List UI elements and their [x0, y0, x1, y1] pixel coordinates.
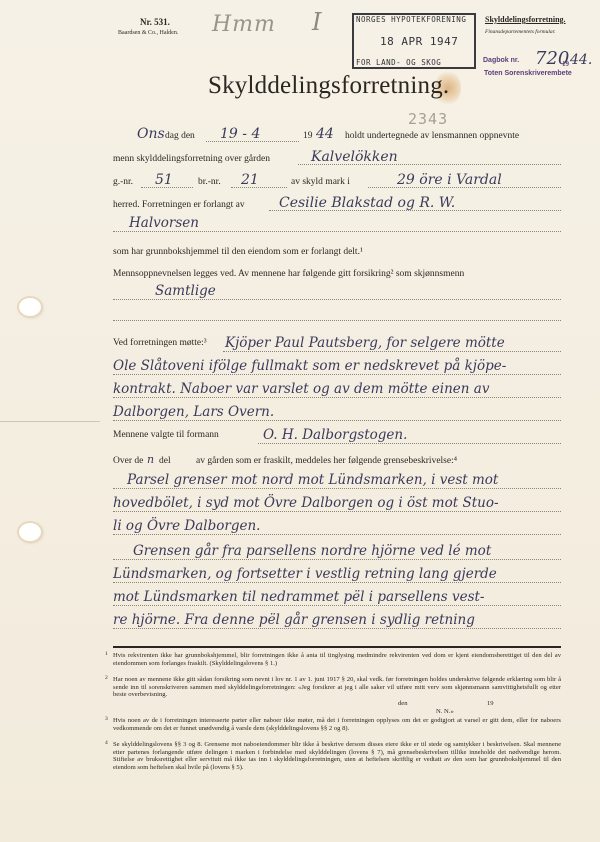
chairman-label: Mennene valgte til formann: [113, 427, 219, 443]
chairman-value: O. H. Dalborgstogen.: [263, 427, 407, 443]
dotline: [113, 628, 561, 629]
boundary-line-3: li og Övre Dalborgen.: [113, 513, 561, 537]
page-title: Skylddelingsforretning.: [208, 72, 449, 100]
attendance-text-4: Dalborgen, Lars Overn.: [113, 404, 274, 420]
dotline: [223, 351, 561, 352]
dotline: [113, 299, 561, 300]
boundary-text-5: Lündsmarken, og fortsetter i vestlig ret…: [113, 566, 497, 582]
footnote-text: Hvis rekvirenten ikke har grunnbokshjemm…: [113, 652, 561, 667]
form-line-hjemmel: som har grunnbokshjemmel til den eiendom…: [113, 240, 561, 260]
attendance-line-4: Dalborgen, Lars Overn.: [113, 399, 561, 423]
requester-label: herred. Forretningen er forlangt av: [113, 200, 245, 210]
fold-crease: [0, 421, 100, 422]
boundary-text-2: hovedbölet, i syd mot Övre Dalborgen og …: [113, 495, 499, 511]
dotline: [113, 488, 561, 489]
stamp-top-text: NORGES HYPOTEKFORENING: [356, 15, 466, 24]
gnr-value: 51: [155, 172, 173, 188]
line1-text: holdt undertegnede av lensmannen oppnevn…: [345, 131, 519, 141]
footnote-text: Se skylddelingslovens §§ 3 og 8. Grensen…: [113, 741, 561, 771]
boundary-text-6: mot Lündsmarken til nedrammet pël i pars…: [113, 589, 485, 605]
footnote-2-signature: N. N.»: [436, 708, 454, 715]
footnote-number: 1: [105, 651, 108, 659]
stamp-bottom-text: FOR LAND- OG SKOG: [356, 58, 441, 67]
attendance-text-2: Ole Slåtoveni ifölge fullmakt som er ned…: [113, 358, 506, 374]
boundary-label-post: av gården som er fraskilt, meddeles her …: [196, 456, 457, 466]
bnr-label: br.-nr.: [198, 177, 221, 187]
skyld-label: av skyld mark i: [291, 177, 350, 187]
form-title-small: Skylddelingsforretning.: [485, 15, 566, 24]
office-stamp: Toten Sorenskriverembete: [484, 70, 572, 77]
boundary-label-line: Over de n del av gården som er fraskilt,…: [113, 449, 561, 469]
boundary-label-del: del: [159, 456, 171, 466]
requester-continuation-line: Halvorsen: [113, 210, 561, 234]
printer-number: Nr. 531.: [140, 17, 170, 27]
form-line-date: Ons dag den 19 - 4 19 44 holdt undertegn…: [113, 124, 561, 144]
chairman-line: Mennene valgte til formann O. H. Dalborg…: [113, 422, 561, 446]
dotline: [113, 534, 561, 535]
boundary-line-1: Parsel grenser mot nord mot Lündsmarken,…: [113, 467, 561, 491]
punch-hole-bottom: [19, 523, 41, 541]
footnote-3: 3 Hvis noen av de i forretningen interes…: [113, 717, 561, 732]
farm-value: Kalvelökken: [311, 149, 398, 165]
dagbok-year: 44.: [570, 52, 592, 68]
footnote-divider: [113, 646, 561, 648]
farm-label: menn skylddelingsforretning over gården: [113, 154, 270, 164]
year-value: 44: [316, 126, 334, 142]
stamp-date: 18 APR 1947: [380, 35, 458, 48]
boundary-text-4: Grensen går fra parsellens nordre hjörne…: [133, 543, 491, 559]
date-value: 19 - 4: [220, 126, 260, 142]
dotline: [113, 511, 561, 512]
boundary-line-2: hovedbölet, i syd mot Övre Dalborgen og …: [113, 490, 561, 514]
gnr-label: g.-nr.: [113, 177, 133, 187]
bnr-value: 21: [241, 172, 259, 188]
skjonnsmenn-value: Samtlige: [155, 283, 216, 299]
boundary-text-1: Parsel grenser mot nord mot Lündsmarken,…: [127, 472, 498, 488]
attendance-text-3: kontrakt. Naboer var varslet og av dem m…: [113, 381, 489, 397]
boundary-line-5: Lündsmarken, og fortsetter i vestlig ret…: [113, 561, 561, 585]
year-prefix: 19: [303, 131, 313, 141]
boundary-line-7: re hjörne. Fra denne pël går grensen i s…: [113, 607, 561, 631]
footnote-1: 1 Hvis rekvirenten ikke har grunnbokshje…: [113, 652, 561, 667]
boundary-text-3: li og Övre Dalborgen.: [113, 518, 260, 534]
requester-value: Cesilie Blakstad og R. W.: [279, 195, 455, 211]
blank-dotline: [113, 320, 561, 321]
form-line-farm: menn skylddelingsforretning over gården …: [113, 147, 561, 167]
bnr-dotline: [231, 187, 287, 188]
footnote-4: 4 Se skylddelingslovens §§ 3 og 8. Grens…: [113, 741, 561, 771]
footnote-text: Hvis noen av de i forretningen interesse…: [113, 717, 561, 732]
dotline: [113, 397, 561, 398]
attendance-line-2: Ole Slåtoveni ifölge fullmakt som er ned…: [113, 353, 561, 377]
dotline: [113, 605, 561, 606]
dotline: [113, 231, 561, 232]
footnote-number: 4: [105, 740, 108, 748]
attendance-line-1: Ved forretningen møtte:³ Kjöper Paul Pau…: [113, 330, 561, 354]
weekday-value: Ons: [137, 126, 165, 142]
boundary-label-pre: Over de: [113, 456, 143, 466]
punch-hole-top: [19, 298, 41, 316]
skjonnsmenn-line: Samtlige: [113, 278, 561, 302]
dotline: [113, 582, 561, 583]
document-page: Nr. 531. Baardsen & Co., Halden. Hmm I N…: [0, 0, 600, 842]
boundary-line-6: mot Lündsmarken til nedrammet pël i pars…: [113, 584, 561, 608]
form-line-gnr: g.-nr. 51 br.-nr. 21 av skyld mark i 29 …: [113, 170, 561, 190]
skyld-value: 29 öre i Vardal: [397, 172, 502, 188]
boundary-handwritten-n: n: [147, 453, 154, 466]
footnote-number: 3: [105, 716, 108, 724]
dagbok-year-prefix: 19: [562, 60, 569, 68]
printer-name: Baardsen & Co., Halden.: [118, 30, 178, 36]
registry-stamp: NORGES HYPOTEKFORENING 18 APR 1947 FOR L…: [352, 13, 476, 69]
footnote-2-year: 19: [487, 700, 494, 707]
footnote-number: 2: [105, 675, 108, 683]
attendance-label: Ved forretningen møtte:³: [113, 335, 207, 351]
dotline: [113, 559, 561, 560]
boundary-text-7: re hjörne. Fra denne pël går grensen i s…: [113, 612, 475, 628]
footnote-text: Har noen av mennene ikke gitt sådan fors…: [113, 676, 561, 698]
hjemmel-text: som har grunnbokshjemmel til den eiendom…: [113, 247, 363, 257]
pencil-numeral: I: [312, 8, 321, 36]
dotline: [113, 420, 561, 421]
footnote-2: 2 Har noen av mennene ikke gitt sådan fo…: [113, 676, 561, 699]
boundary-line-4: Grensen går fra parsellens nordre hjörne…: [113, 538, 561, 562]
footnote-2-den: den: [398, 700, 408, 707]
dotline: [113, 374, 561, 375]
attendance-text-1: Kjöper Paul Pautsberg, for selgere mötte: [225, 335, 505, 351]
form-subtitle: Finansdepartementets formular.: [485, 29, 556, 35]
dagbok-label: Dagbok nr.: [483, 57, 519, 64]
pencil-annotation: Hmm: [212, 12, 276, 37]
dag-den-label: dag den: [165, 131, 195, 141]
requester-continuation: Halvorsen: [129, 215, 199, 231]
dotline: [258, 443, 561, 444]
attendance-line-3: kontrakt. Naboer var varslet og av dem m…: [113, 376, 561, 400]
